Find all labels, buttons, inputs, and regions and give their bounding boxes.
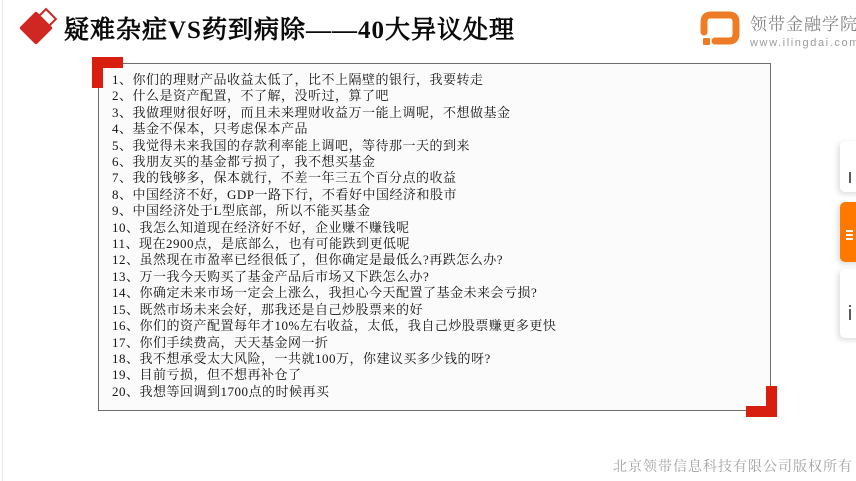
- slide-left-edge-line: [2, 0, 3, 481]
- side-card-3-text-fragment: [849, 309, 851, 320]
- side-card-2[interactable]: [840, 202, 856, 262]
- side-card-2-text-fragment: [846, 238, 853, 240]
- side-card-2-text-fragment: [846, 230, 853, 232]
- slide-page: { "header": { "title": "疑难杂症VS药到病除——40大异…: [0, 0, 856, 481]
- objection-item: 17、你们手续费高，天天基金网一折: [112, 335, 762, 351]
- objection-item: 15、既然市场未来会好，那我还是自己炒股票来的好: [112, 302, 762, 318]
- side-card-1[interactable]: [840, 141, 856, 192]
- side-card-1-text-fragment: [849, 172, 851, 183]
- objection-item: 16、你们的资产配置每年才10%左右收益，太低，我自己炒股票赚更多更快: [112, 318, 762, 334]
- side-card-2-text-fragment: [846, 234, 853, 236]
- objection-item: 11、现在2900点，是底部么，也有可能跌到更低呢: [112, 236, 762, 252]
- objection-item: 7、我的钱够多，保本就行，不差一年三五个百分点的收益: [112, 170, 762, 186]
- red-corner-top-left: [92, 57, 123, 88]
- brand-url: www.ilingdai.com: [750, 37, 856, 49]
- objection-item: 1、你们的理财产品收益太低了，比不上隔壁的银行，我要转走: [112, 72, 762, 88]
- objection-item: 18、我不想承受太大风险，一共就100万，你建议买多少钱的呀?: [112, 351, 762, 367]
- objection-item: 5、我觉得未来我国的存款利率能上调吧，等待那一天的到来: [112, 138, 762, 154]
- objection-item: 20、我想等回调到1700点的时候再买: [112, 384, 762, 400]
- copyright-text: 北京领带信息科技有限公司版权所有: [613, 456, 853, 476]
- objection-item: 19、目前亏损，但不想再补仓了: [112, 367, 762, 383]
- brand-logo: 领带金融学院 www.ilingdai.com: [698, 10, 856, 50]
- lingdai-logo-icon: [698, 10, 744, 50]
- brand-text-block: 领带金融学院 www.ilingdai.com: [750, 10, 856, 49]
- objection-list: 1、你们的理财产品收益太低了，比不上隔壁的银行，我要转走2、什么是资产配置，不了…: [99, 64, 770, 400]
- brand-name: 领带金融学院: [750, 10, 856, 35]
- title-diamond-icon: [8, 6, 64, 56]
- objections-box: 1、你们的理财产品收益太低了，比不上隔壁的银行，我要转走2、什么是资产配置，不了…: [98, 63, 771, 411]
- objection-item: 14、你确定未来市场一定会上涨么，我担心今天配置了基金未来会亏损?: [112, 285, 762, 301]
- side-card-3-text-fragment: [849, 305, 851, 307]
- objection-item: 6、我朋友买的基金都亏损了，我不想买基金: [112, 154, 762, 170]
- objection-item: 13、万一我今天购买了基金产品后市场又下跌怎么办?: [112, 269, 762, 285]
- objection-item: 8、中国经济不好，GDP一路下行，不看好中国经济和股市: [112, 187, 762, 203]
- objection-item: 3、我做理财很好呀，而且未来理财收益万一能上调呢，不想做基金: [112, 105, 762, 121]
- objection-item: 9、中国经济处于L型底部，所以不能买基金: [112, 203, 762, 219]
- side-card-3[interactable]: [840, 269, 856, 338]
- objection-item: 4、基金不保本，只考虑保本产品: [112, 121, 762, 137]
- objection-item: 12、虽然现在市盈率已经很低了，但你确定是最低么?再跌怎么办?: [112, 252, 762, 268]
- objection-item: 2、什么是资产配置，不了解，没听过，算了吧: [112, 88, 762, 104]
- objection-item: 10、我怎么知道现在经济好不好，企业赚不赚钱呢: [112, 220, 762, 236]
- red-corner-bottom-right: [746, 386, 777, 417]
- page-title: 疑难杂症VS药到病除——40大异议处理: [64, 10, 515, 46]
